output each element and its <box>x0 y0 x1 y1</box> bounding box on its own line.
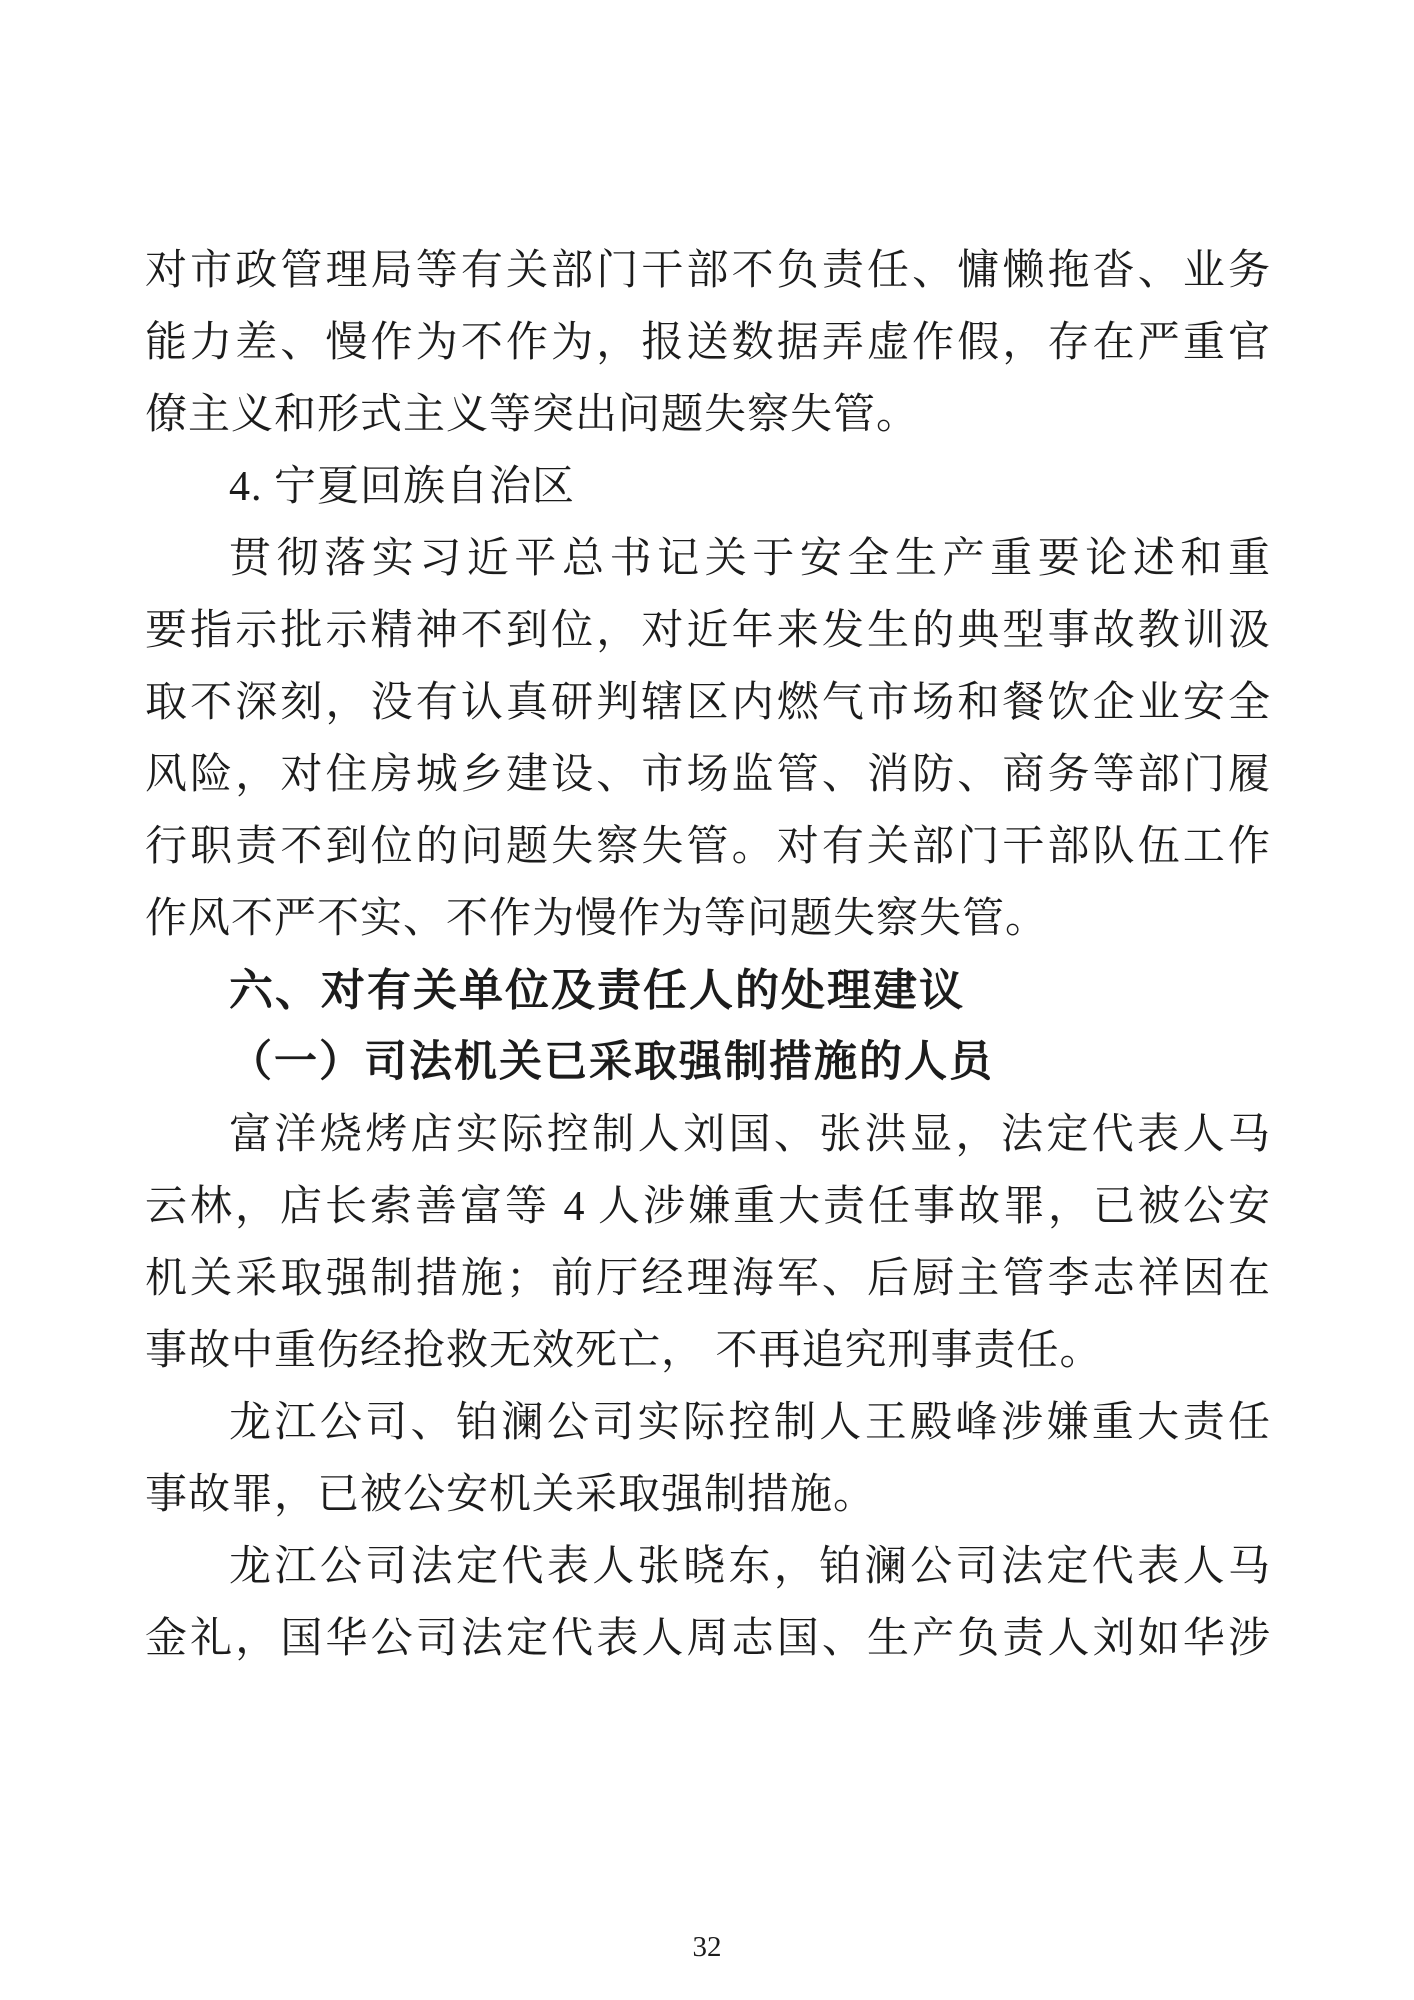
text-line: 能力差、慢作为不作为，报送数据弄虚作假，存在严重官 <box>145 307 1270 379</box>
text-line: 贯彻落实习近平总书记关于安全生产重要论述和重 <box>145 523 1270 595</box>
text-line: 要指示批示精神不到位，对近年来发生的典型事故教训汲 <box>145 595 1270 667</box>
text-line: 龙江公司法定代表人张晓东，铂澜公司法定代表人马 <box>145 1531 1270 1603</box>
document-body: 对市政管理局等有关部门干部不负责任、慵懒拖沓、业务能力差、慢作为不作为，报送数据… <box>145 235 1270 1675</box>
page-number: 32 <box>0 1930 1414 1964</box>
text-line: 龙江公司、铂澜公司实际控制人王殿峰涉嫌重大责任 <box>145 1387 1270 1459</box>
text-line: 作风不严不实、不作为慢作为等问题失察失管。 <box>145 883 1270 955</box>
heading1-line: 六、对有关单位及责任人的处理建议 <box>145 955 1270 1027</box>
heading2-line: （一）司法机关已采取强制措施的人员 <box>145 1027 1270 1099</box>
document-page: 对市政管理局等有关部门干部不负责任、慵懒拖沓、业务能力差、慢作为不作为，报送数据… <box>0 0 1414 2000</box>
text-line: 僚主义和形式主义等突出问题失察失管。 <box>145 379 1270 451</box>
text-line: 4. 宁夏回族自治区 <box>145 451 1270 523</box>
text-line: 取不深刻，没有认真研判辖区内燃气市场和餐饮企业安全 <box>145 667 1270 739</box>
text-line: 富洋烧烤店实际控制人刘国、张洪显，法定代表人马 <box>145 1099 1270 1171</box>
text-line: 金礼，国华公司法定代表人周志国、生产负责人刘如华涉 <box>145 1603 1270 1675</box>
text-line: 事故罪，已被公安机关采取强制措施。 <box>145 1459 1270 1531</box>
text-line: 云林，店长索善富等 4 人涉嫌重大责任事故罪，已被公安 <box>145 1171 1270 1243</box>
text-line: 机关采取强制措施；前厅经理海军、后厨主管李志祥因在 <box>145 1243 1270 1315</box>
text-line: 事故中重伤经抢救无效死亡， 不再追究刑事责任。 <box>145 1315 1270 1387</box>
text-line: 行职责不到位的问题失察失管。对有关部门干部队伍工作 <box>145 811 1270 883</box>
text-line: 风险，对住房城乡建设、市场监管、消防、商务等部门履 <box>145 739 1270 811</box>
text-line: 对市政管理局等有关部门干部不负责任、慵懒拖沓、业务 <box>145 235 1270 307</box>
